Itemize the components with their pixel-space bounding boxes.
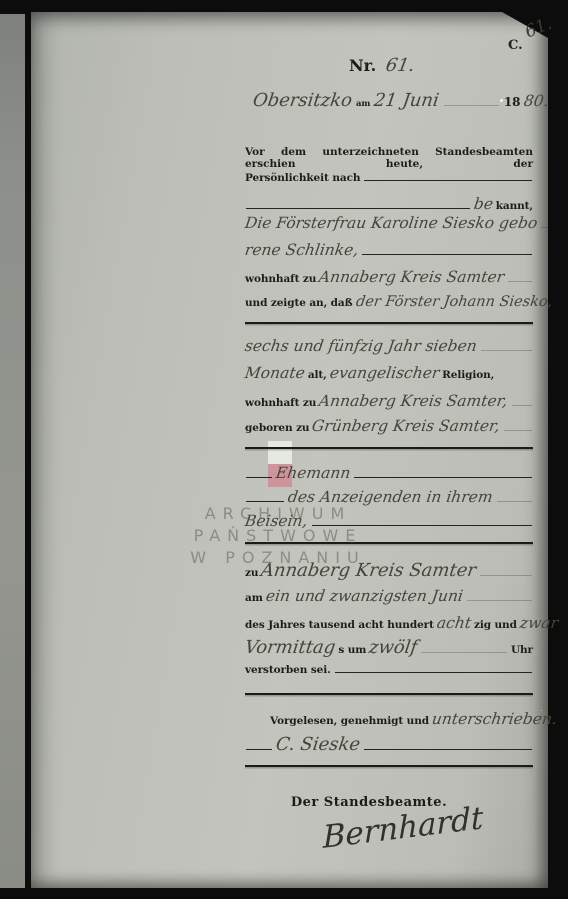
residence-line: wohnhaft zu Annaberg Kreis Samter	[245, 268, 533, 286]
declarant-line1: Die Försterfrau Karoline Siesko gebo	[245, 214, 533, 232]
record-number-label: Nr.	[349, 56, 376, 75]
intro-line: Vor dem unterzeichneten Standesbeamten e…	[245, 146, 533, 170]
death-time-label: s um	[338, 644, 366, 656]
fill-rule	[481, 350, 532, 351]
declarant-signature: C. Sieske	[275, 734, 362, 755]
rule-segment	[246, 477, 272, 478]
relation-text3: Beisein,	[244, 512, 309, 530]
fill-rule	[246, 208, 470, 209]
deceased-name: der Förster Johann Siesko,	[354, 294, 553, 310]
corner-letter: C.	[508, 38, 523, 53]
identity-line: Persönlichkeit nach	[245, 172, 533, 185]
report-line: und zeigte an, daß der Förster Johann Si…	[245, 294, 533, 310]
religion-label: Religion,	[442, 369, 494, 381]
closing-hw: unterschrieben.	[431, 710, 558, 728]
death-year-label: des Jahres tausend acht hundert	[245, 619, 434, 631]
known-line: be kannt,	[245, 195, 533, 213]
fill-rule	[541, 227, 549, 228]
identity-label: Persönlichkeit nach	[245, 172, 360, 184]
report-label: und zeigte an, daß	[245, 297, 353, 309]
relation-line2: des Anzeigenden in ihrem	[245, 488, 533, 506]
religion-hw: evangelischer	[328, 364, 440, 382]
relation-line3: Beisein,	[245, 512, 533, 530]
document-scan: ARCHIWUM PAŃSTWOWE W POZNANIU 61. C. Nr.…	[0, 0, 568, 899]
dateline-am-label: am	[356, 99, 370, 109]
died-line: verstorben sei.	[245, 664, 533, 677]
age-line2: Monate alt, evangelischer Religion,	[245, 364, 533, 382]
dateline-year-printed: 18	[504, 95, 521, 109]
death-day-line: am ein und zwanzigsten Juni	[245, 587, 533, 605]
fill-rule	[504, 430, 532, 431]
section-rule	[245, 322, 533, 324]
fill-rule	[480, 575, 532, 576]
stamp-square-white	[268, 441, 292, 464]
age-months-hw: Monate	[244, 364, 306, 382]
death-day-label: am	[245, 592, 263, 604]
fill-rule	[467, 600, 532, 601]
death-day-value: ein und zwanzigsten Juni	[264, 587, 463, 605]
fill-rule	[354, 477, 532, 478]
residence-value: Annaberg Kreis Samter	[318, 268, 506, 286]
declarant-line2: rene Schlinke,	[245, 241, 533, 259]
age-text: sechs und fünfzig Jahr sieben	[244, 337, 478, 355]
fill-rule	[421, 652, 507, 653]
section-rule	[245, 693, 533, 695]
death-time-hw: Vormittag	[244, 637, 337, 658]
previous-page-edge	[0, 14, 25, 888]
death-time-line: Vormittag s um zwölf Uhr	[245, 637, 533, 658]
fill-rule	[362, 254, 532, 255]
closing-line: Vorgelesen, genehmigt und unterschrieben…	[245, 710, 533, 728]
fill-rule	[497, 501, 532, 502]
declarant-name-part2: rene Schlinke,	[244, 241, 360, 259]
age-line1: sechs und fünfzig Jahr sieben	[245, 337, 533, 355]
section-rule	[245, 765, 533, 767]
death-year-hw: acht	[436, 614, 473, 632]
section-rule	[245, 542, 533, 544]
death-time-value: zwölf	[368, 637, 419, 658]
rule-segment	[246, 749, 272, 750]
residence2-value: Annaberg Kreis Samter,	[318, 392, 509, 410]
record-number-value: 61.	[384, 55, 416, 76]
dateline-place: Obersitzko	[252, 90, 354, 111]
dateline-day-month: 21 Juni	[373, 90, 441, 111]
death-place-label: zu	[245, 567, 258, 579]
known-printed: kannt,	[496, 200, 533, 212]
declarant-signature-line: C. Sieske	[245, 734, 533, 755]
closing-printed: Vorgelesen, genehmigt und	[270, 715, 429, 727]
death-place-value: Annaberg Kreis Samter	[260, 560, 478, 581]
rule-segment	[246, 501, 284, 502]
relation-text2: des Anzeigenden in ihrem	[287, 488, 494, 506]
fill-rule	[335, 672, 532, 673]
fill-rule	[444, 105, 499, 106]
born-value: Grünberg Kreis Samter,	[311, 417, 501, 435]
dateline-year-hw: 80.	[523, 92, 550, 110]
death-time-unit: Uhr	[511, 644, 533, 656]
alt-label: alt,	[308, 369, 327, 381]
death-place-line: zu Annaberg Kreis Samter	[245, 560, 533, 581]
section-rule	[245, 447, 533, 449]
record-number-line: Nr. 61.	[349, 55, 415, 76]
residence2-label: wohnhaft zu	[245, 397, 316, 409]
fill-rule	[364, 749, 532, 750]
death-year-line: des Jahres tausend acht hundert acht zig…	[245, 614, 533, 632]
born-line: geboren zu Grünberg Kreis Samter,	[245, 417, 533, 435]
fill-rule	[512, 405, 532, 406]
fill-rule	[508, 281, 532, 282]
residence2-line: wohnhaft zu Annaberg Kreis Samter,	[245, 392, 533, 410]
death-year-hw2: zwar	[519, 614, 560, 632]
dateline: Obersitzko am 21 Juni 18 80.	[253, 90, 549, 111]
residence-label: wohnhaft zu	[245, 273, 316, 285]
relation-hw: Ehemann	[275, 464, 352, 482]
died-label: verstorben sei.	[245, 664, 331, 676]
born-label: geboren zu	[245, 422, 309, 434]
declarant-name-part1: Die Försterfrau Karoline Siesko gebo	[244, 214, 539, 232]
fill-rule	[364, 180, 532, 181]
relation-line1: Ehemann	[245, 464, 533, 482]
death-year-suffix: zig und	[474, 619, 517, 631]
record-page: ARCHIWUM PAŃSTWOWE W POZNANIU 61. C. Nr.…	[31, 12, 548, 888]
fill-rule	[312, 525, 532, 526]
known-hw: be	[472, 195, 494, 213]
